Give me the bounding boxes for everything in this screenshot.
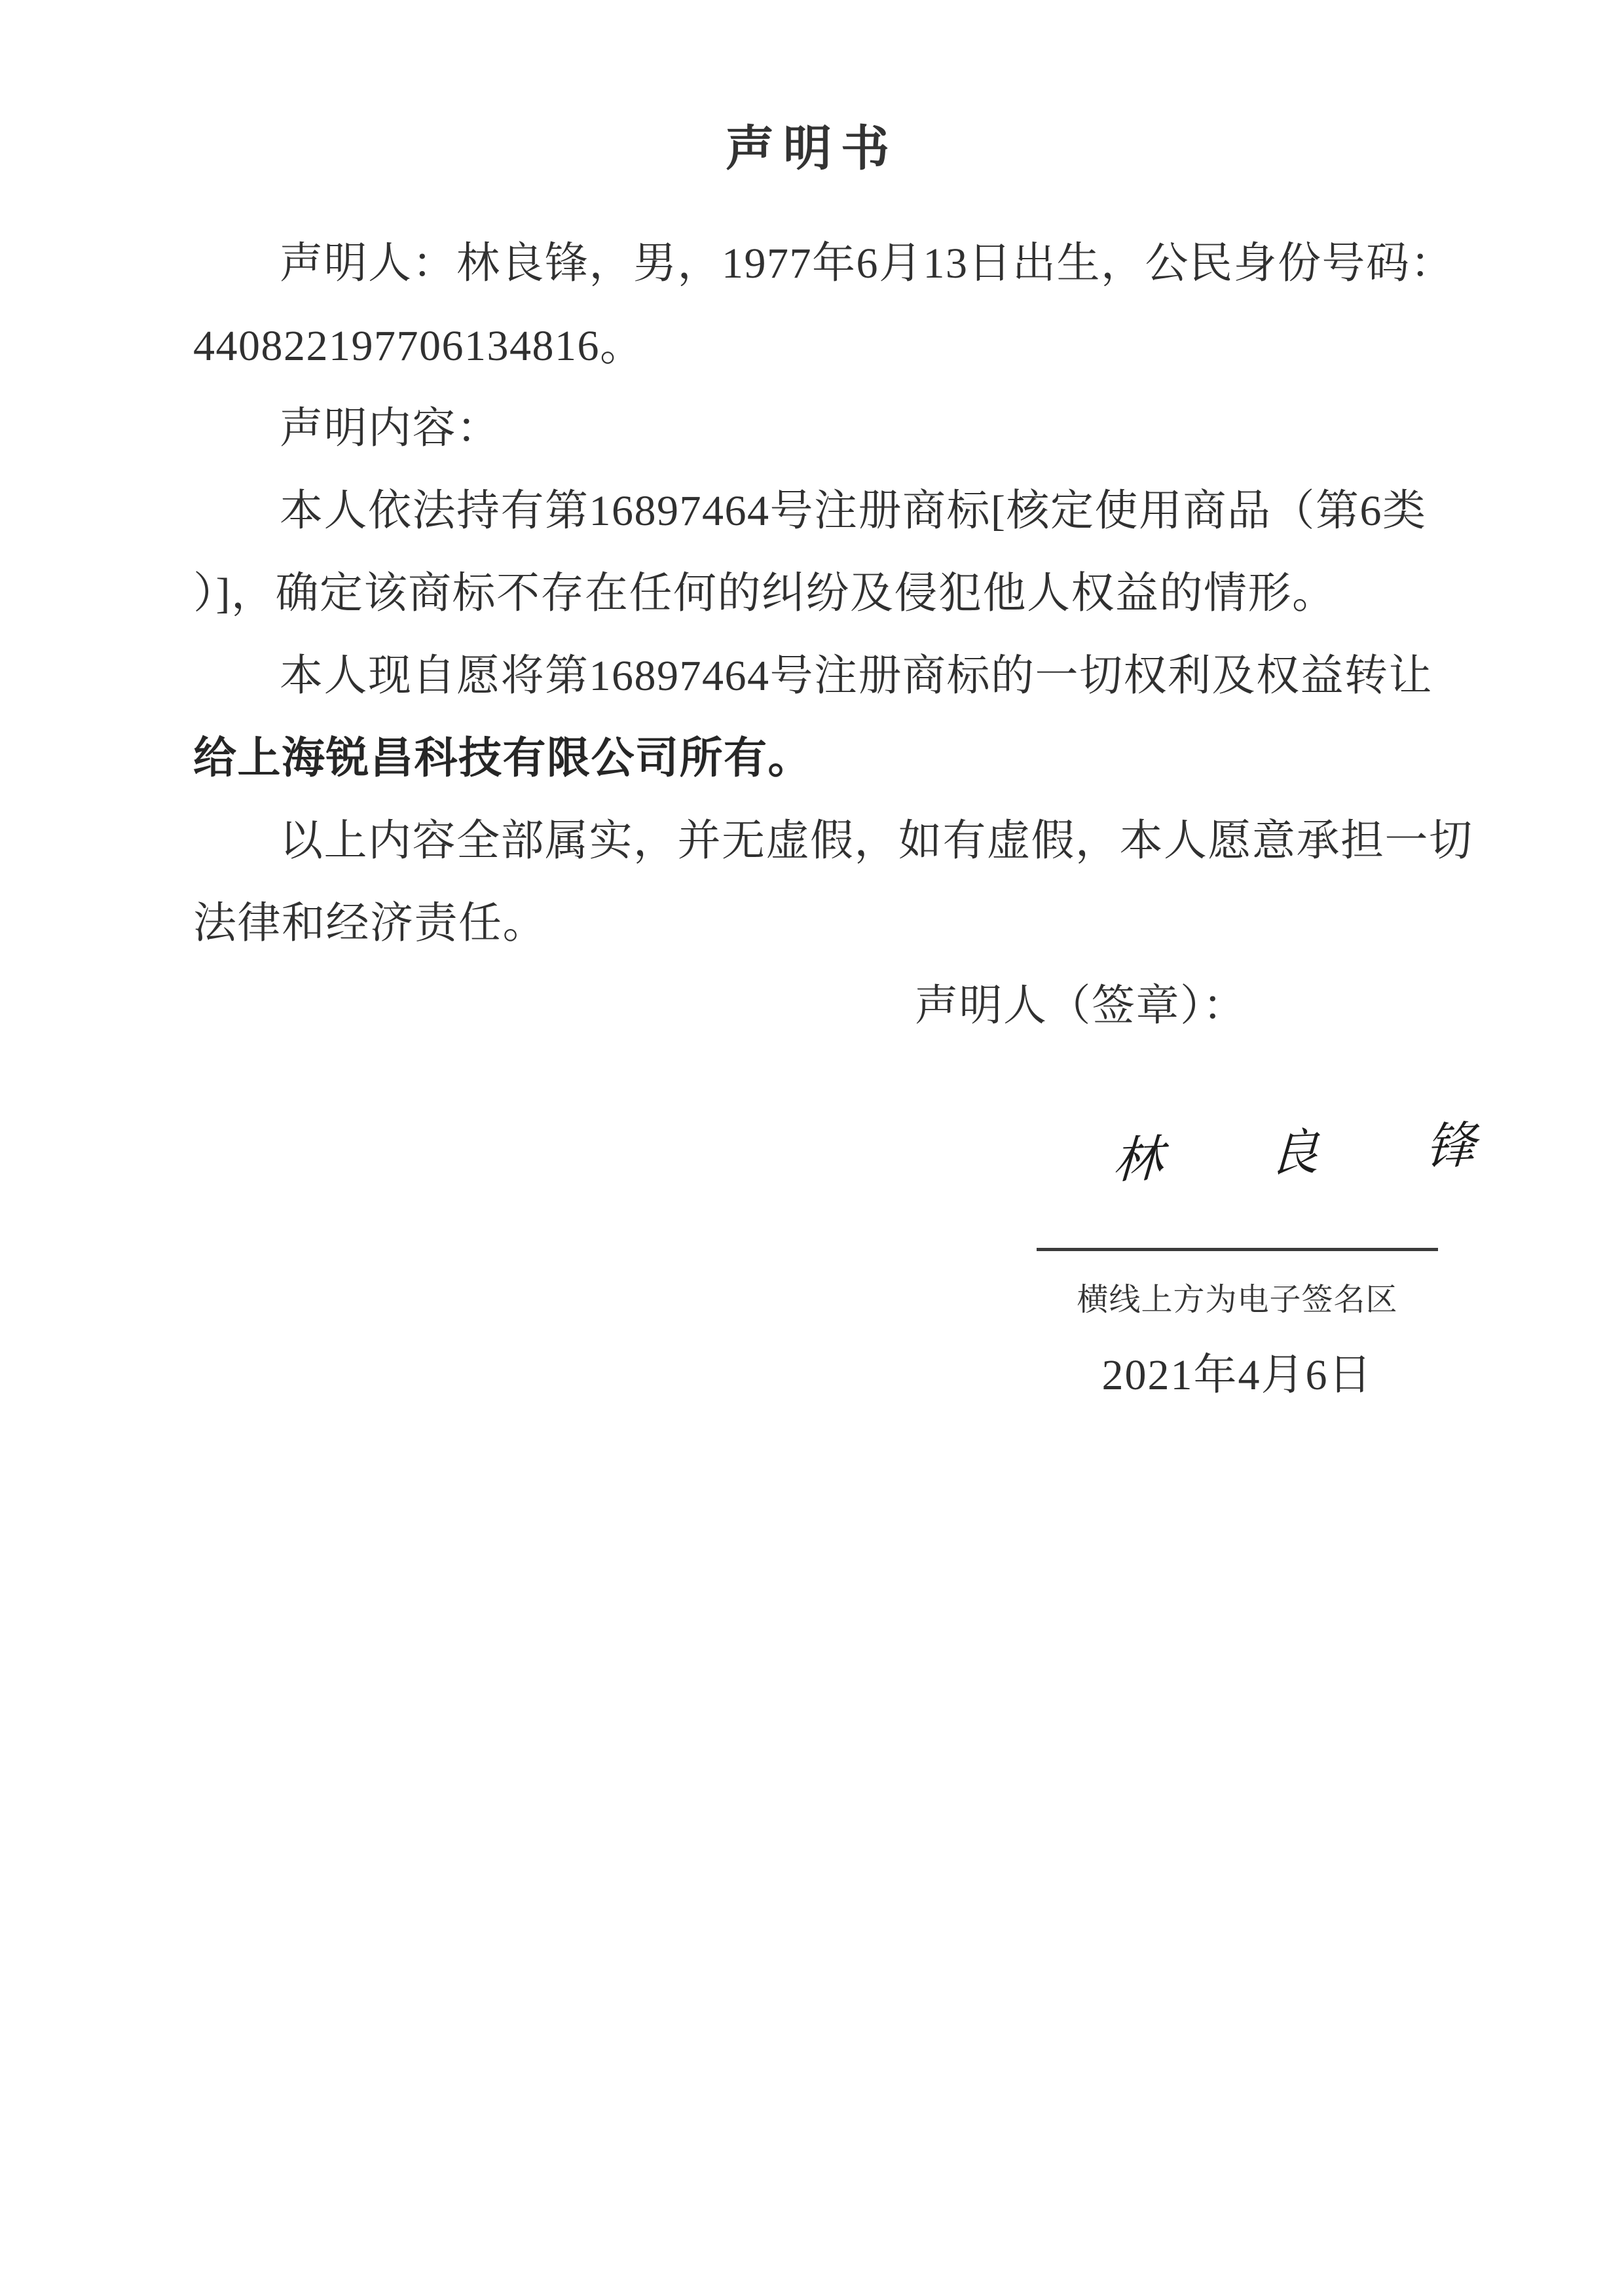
signature-area-note: 横线上方为电子签名区 <box>1037 1274 1438 1319</box>
signature-rule-line <box>1037 1248 1438 1251</box>
document-body: 声明人：林良锋，男，1977年6月13日出生，公民身份号码： 440822197… <box>193 223 1437 1048</box>
body-line-transfer-company: 给上海锐昌科技有限公司所有。 <box>193 718 1437 800</box>
body-line-declarant: 声明人：林良锋，男，1977年6月13日出生，公民身份号码： <box>193 223 1437 305</box>
signature-label: 声明人（签章）： <box>193 965 1437 1048</box>
body-line-content-heading: 声明内容： <box>193 388 1437 470</box>
body-line-id-number: 440822197706134816。 <box>193 305 1437 388</box>
body-line-truth-1: 以上内容全部属实，并无虚假，如有虚假，本人愿意承担一切 <box>193 800 1437 883</box>
body-line-transfer-1: 本人现自愿将第16897464号注册商标的一切权利及权益转让 <box>193 635 1437 718</box>
body-line-truth-2: 法律和经济责任。 <box>193 883 1437 965</box>
document-date: 2021年4月6日 <box>1037 1339 1438 1402</box>
declaration-document-page: 声明书 声明人：林良锋，男，1977年6月13日出生，公民身份号码： 44082… <box>0 0 1624 2296</box>
body-line-trademark-1: 本人依法持有第16897464号注册商标[核定使用商品（第6类 <box>193 470 1437 553</box>
handwritten-signature: 林 良 锋 <box>1112 1103 1524 1193</box>
document-title: 声明书 <box>0 110 1624 179</box>
body-line-trademark-2: ）]，确定该商标不存在任何的纠纷及侵犯他人权益的情形。 <box>193 553 1437 635</box>
